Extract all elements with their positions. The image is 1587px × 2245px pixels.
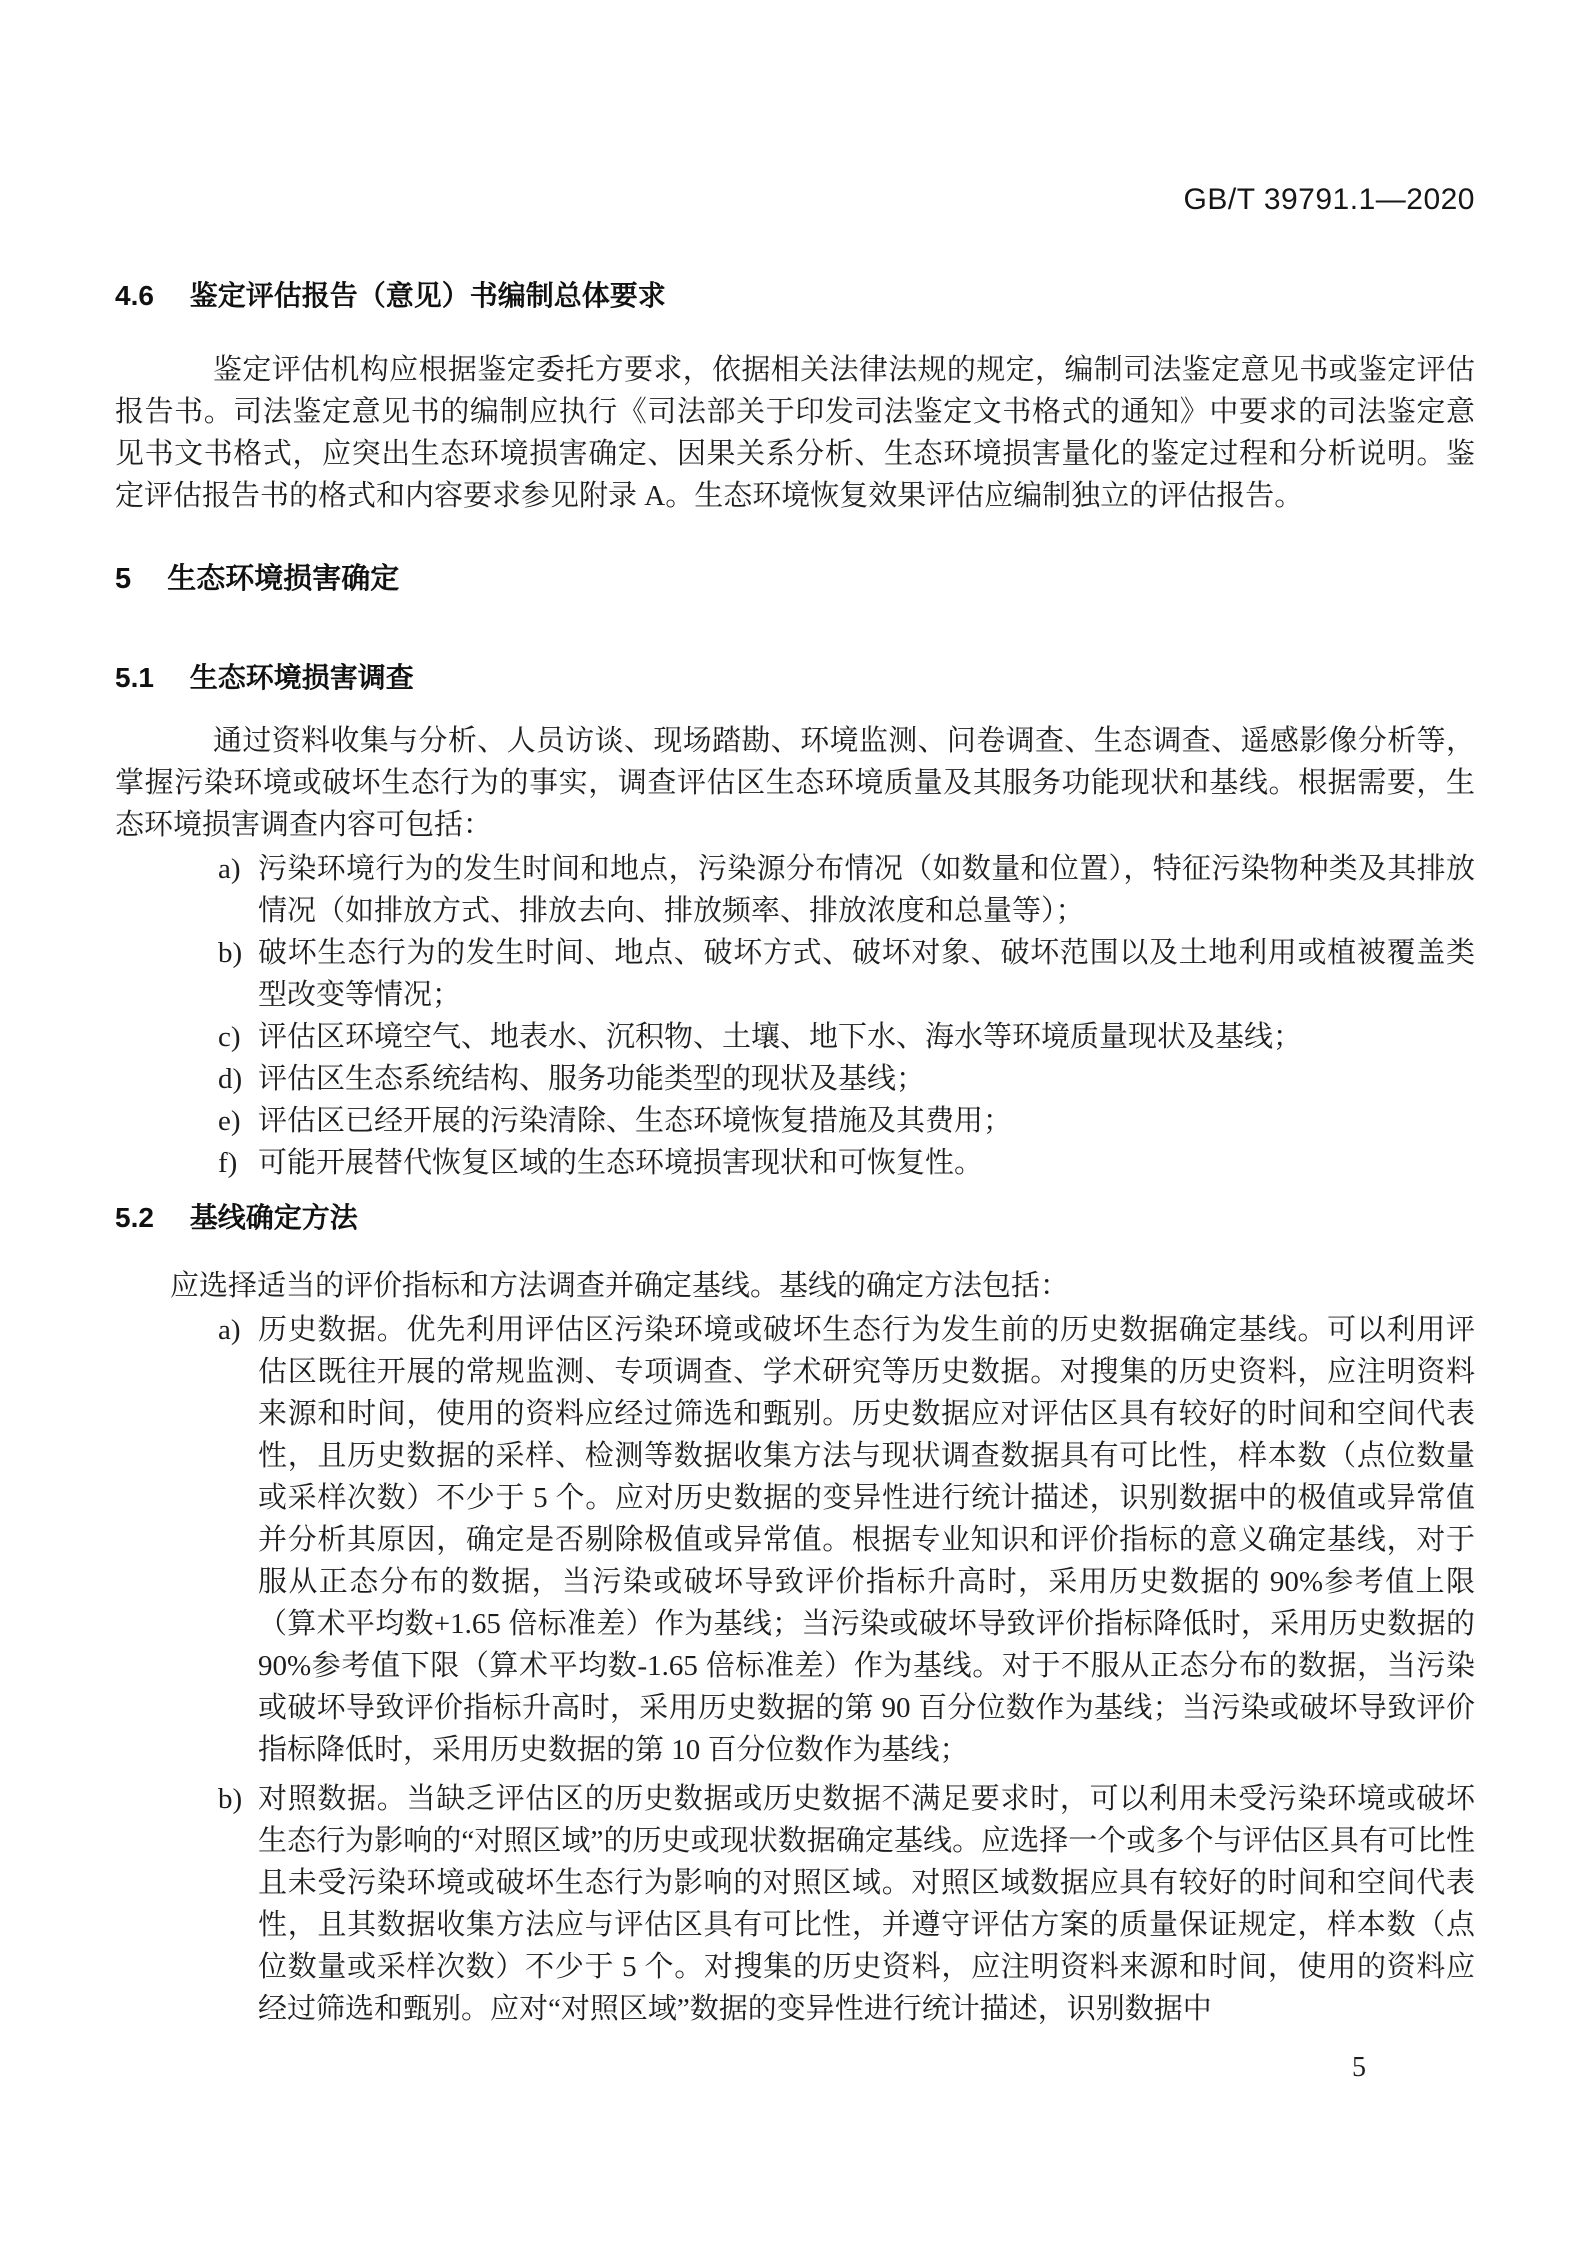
document-page: GB/T 39791.1—2020 4.6 鉴定评估报告（意见）书编制总体要求 … [0,0,1587,2245]
list-item-b: b) 破坏生态行为的发生时间、地点、破坏方式、破坏对象、破坏范围以及土地利用或植… [115,932,1475,1016]
list-marker: e) [218,1100,241,1142]
section-5-1-heading: 5.1 生态环境损害调查 [115,661,1475,695]
page-number: 5 [1352,2052,1366,2084]
list-item-text: 对照数据。当缺乏评估区的历史数据或历史数据不满足要求时，可以利用未受污染环境或破… [258,1783,1475,2025]
list-marker: b) [218,1778,242,1820]
list-item-e: e) 评估区已经开展的污染清除、生态环境恢复措施及其费用； [115,1100,1475,1142]
baseline-method-list: a) 历史数据。优先利用评估区污染环境或破坏生态行为发生前的历史数据确定基线。可… [115,1309,1475,2030]
list-item-f: f) 可能开展替代恢复区域的生态环境损害现状和可恢复性。 [115,1142,1475,1184]
list-item-text: 可能开展替代恢复区域的生态环境损害现状和可恢复性。 [258,1147,983,1179]
list-item-text: 评估区生态系统结构、服务功能类型的现状及基线； [258,1063,925,1095]
standard-number: GB/T 39791.1—2020 [1184,183,1475,216]
list-marker: a) [218,1309,241,1351]
list-item-text: 破坏生态行为的发生时间、地点、破坏方式、破坏对象、破坏范围以及土地利用或植被覆盖… [258,937,1475,1011]
chapter-5-title: 生态环境损害确定 [167,563,399,595]
list-marker: b) [218,932,242,974]
survey-content-list: a) 污染环境行为的发生时间和地点，污染源分布情况（如数量和位置），特征污染物种… [115,848,1475,1184]
list-marker: f) [218,1142,237,1184]
list-item-b: b) 对照数据。当缺乏评估区的历史数据或历史数据不满足要求时，可以利用未受污染环… [115,1778,1475,2030]
section-4-6-heading: 4.6 鉴定评估报告（意见）书编制总体要求 [115,279,1475,313]
chapter-5-heading: 5 生态环境损害确定 [115,561,1475,597]
section-4-6-number: 4.6 [115,279,154,313]
chapter-5-number: 5 [115,561,131,597]
section-5-2-paragraph: 应选择适当的评价指标和方法调查并确定基线。基线的确定方法包括： [115,1265,1475,1307]
list-item-a: a) 历史数据。优先利用评估区污染环境或破坏生态行为发生前的历史数据确定基线。可… [115,1309,1475,1771]
list-item-text: 评估区环境空气、地表水、沉积物、土壤、地下水、海水等环境质量现状及基线； [258,1021,1302,1053]
section-5-1-paragraph: 通过资料收集与分析、人员访谈、现场踏勘、环境监测、问卷调查、生态调查、遥感影像分… [115,720,1475,846]
page-content: GB/T 39791.1—2020 4.6 鉴定评估报告（意见）书编制总体要求 … [0,0,1587,2030]
section-5-1-number: 5.1 [115,661,154,695]
section-4-6-title: 鉴定评估报告（意见）书编制总体要求 [190,280,666,311]
section-5-2-heading: 5.2 基线确定方法 [115,1201,1475,1235]
section-5-2-number: 5.2 [115,1201,154,1235]
list-item-c: c) 评估区环境空气、地表水、沉积物、土壤、地下水、海水等环境质量现状及基线； [115,1016,1475,1058]
list-item-a: a) 污染环境行为的发生时间和地点，污染源分布情况（如数量和位置），特征污染物种… [115,848,1475,932]
list-marker: c) [218,1016,241,1058]
list-marker: d) [218,1058,242,1100]
list-item-d: d) 评估区生态系统结构、服务功能类型的现状及基线； [115,1058,1475,1100]
list-item-text: 历史数据。优先利用评估区污染环境或破坏生态行为发生前的历史数据确定基线。可以利用… [258,1314,1475,1766]
document-header: GB/T 39791.1—2020 [115,0,1475,217]
section-5-1-title: 生态环境损害调查 [190,662,414,693]
section-4-6-paragraph: 鉴定评估机构应根据鉴定委托方要求，依据相关法律法规的规定，编制司法鉴定意见书或鉴… [115,349,1475,517]
list-item-text: 污染环境行为的发生时间和地点，污染源分布情况（如数量和位置），特征污染物种类及其… [258,853,1475,927]
list-item-text: 评估区已经开展的污染清除、生态环境恢复措施及其费用； [258,1105,1012,1137]
section-5-2-title: 基线确定方法 [190,1202,358,1233]
list-marker: a) [218,848,241,890]
